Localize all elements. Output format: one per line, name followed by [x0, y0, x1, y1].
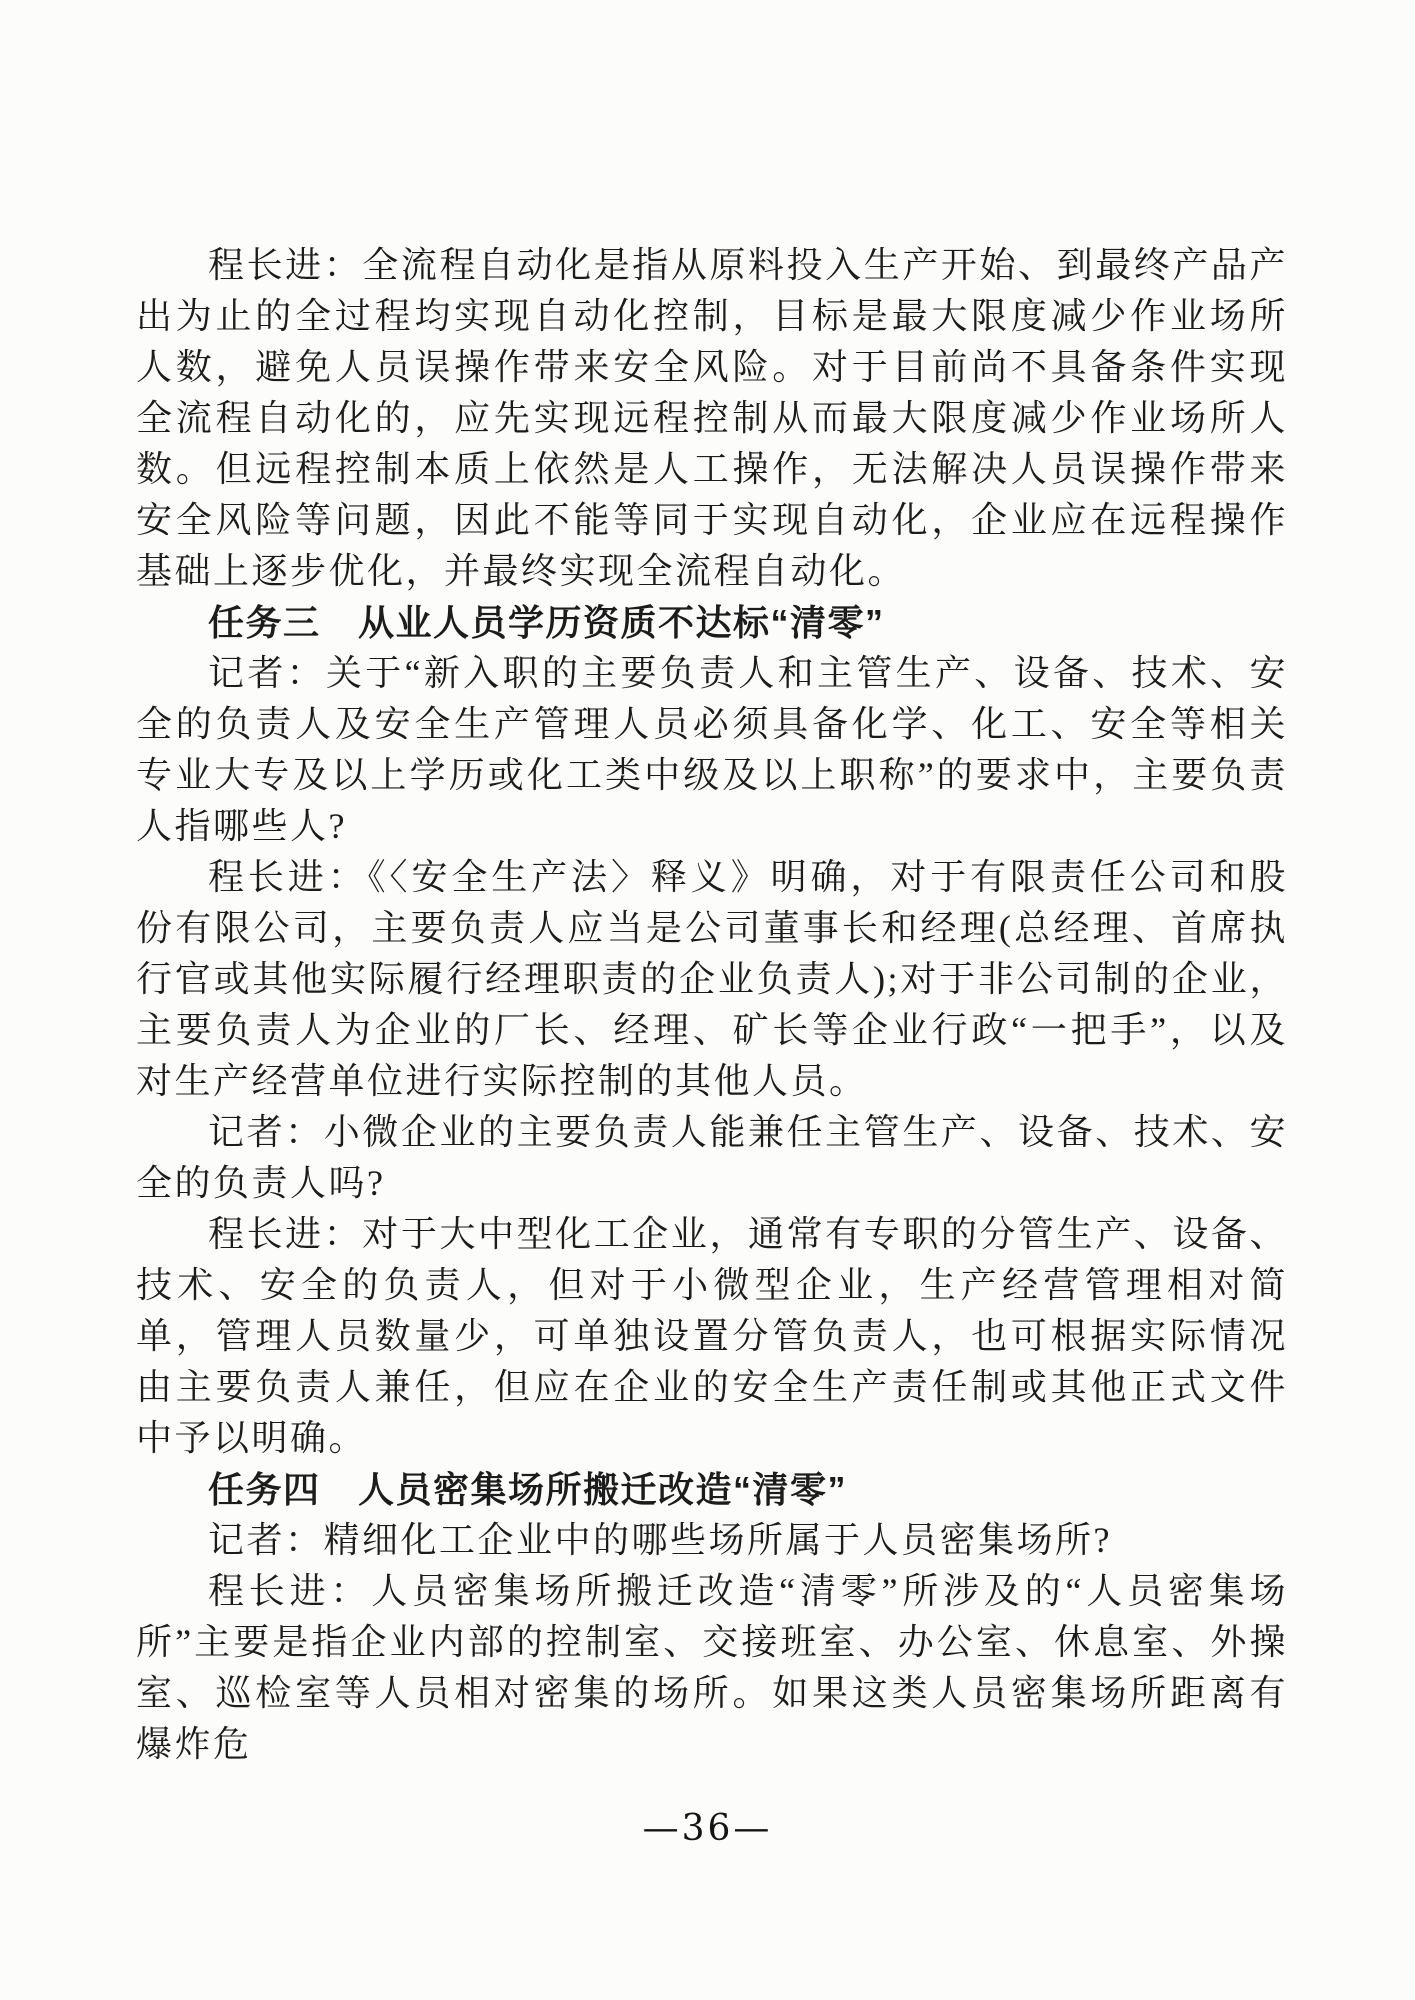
paragraph: 记者：关于“新入职的主要负责人和主管生产、设备、技术、安全的负责人及安全生产管理… [136, 648, 1288, 852]
paragraph: 记者：精细化工企业中的哪些场所属于人员密集场所? [136, 1515, 1288, 1566]
paragraph: 程长进：人员密集场所搬迁改造“清零”所涉及的“人员密集场所”主要是指企业内部的控… [136, 1566, 1288, 1770]
section-heading-task3: 任务三 从业人员学历资质不达标“清零” [136, 597, 1288, 648]
section-heading-task4: 任务四 人员密集场所搬迁改造“清零” [136, 1464, 1288, 1515]
page-number: —36— [0, 1808, 1415, 1849]
document-text-block: 程长进：全流程自动化是指从原料投入生产开始、到最终产品产出为止的全过程均实现自动… [136, 240, 1288, 1770]
paragraph: 程长进：全流程自动化是指从原料投入生产开始、到最终产品产出为止的全过程均实现自动… [136, 240, 1288, 597]
paragraph: 记者：小微企业的主要负责人能兼任主管生产、设备、技术、安全的负责人吗? [136, 1107, 1288, 1209]
document-page: 程长进：全流程自动化是指从原料投入生产开始、到最终产品产出为止的全过程均实现自动… [0, 0, 1415, 2000]
paragraph: 程长进：对于大中型化工企业，通常有专职的分管生产、设备、技术、安全的负责人，但对… [136, 1209, 1288, 1464]
paragraph: 程长进：《〈安全生产法〉释义》明确，对于有限责任公司和股份有限公司，主要负责人应… [136, 852, 1288, 1107]
